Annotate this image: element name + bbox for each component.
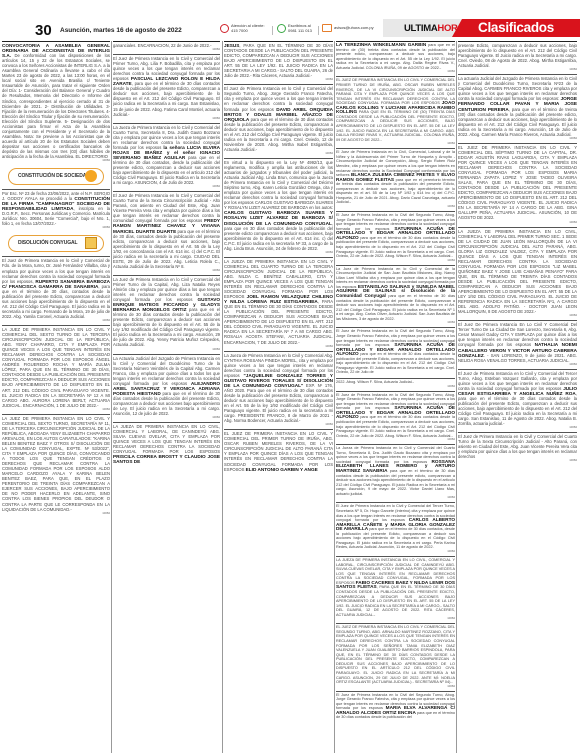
ad-text: El Juez de Primera Instancia en lo Civil… xyxy=(224,431,333,471)
classifieds-column: LA TEREZINHA WINKELMANN GARBIN para que … xyxy=(336,41,455,753)
ad-text: El Juez de Primera Instancia en lo Civil… xyxy=(336,625,455,634)
ad-text: para que en el término de (30) treinta d… xyxy=(336,110,455,141)
classified-ad: La Jueza de Primera Instancia en lo Civi… xyxy=(224,351,333,429)
document-icon xyxy=(85,237,97,249)
divider xyxy=(318,26,319,35)
ad-names: ELID ANTONIO GARBIN Y ANGE xyxy=(246,467,318,472)
ad-text: emplaza por quince veces a los que tenga… xyxy=(2,342,110,408)
ad-text: para que en el término de 30 días, conta… xyxy=(113,229,220,269)
classified-ad: El Juez de Primera Instancia en lo Civil… xyxy=(113,54,220,122)
ad-text: , para que en el término de 30 días cont… xyxy=(458,391,577,426)
ad-text: El Juez de Primera Instancia en lo Civil… xyxy=(458,371,577,391)
ad-text: , PARA QUE EN EL TÉRMINO DE 30 DÍAS CONT… xyxy=(224,43,333,78)
classified-ad: La Jueza de Primera Instancia en lo Civi… xyxy=(336,556,455,622)
classified-ad: La Jueza de Primera Instancia en lo Civi… xyxy=(458,227,577,320)
ad-code: 10082 xyxy=(113,48,220,51)
ad-code: 10082 xyxy=(458,137,577,140)
badge-label: DISOLUCIÓN CONYUGAL xyxy=(18,241,78,246)
classified-ad: CONVOCATORIA A ASAMBLEA GENERAL ORDINARI… xyxy=(2,41,110,164)
classifieds-column: gananciales. ENCARNACION, 22 de Junio de… xyxy=(113,41,220,753)
handshake-icon xyxy=(85,170,97,182)
ad-code: 10082 xyxy=(336,259,455,262)
ad-code: 10082 xyxy=(336,205,455,208)
ad-text: gananciales. ENCARNACION, 22 de Junio de… xyxy=(113,43,211,48)
classifieds-column: presente Edicto, comparezcan a deducir s… xyxy=(458,41,577,753)
classified-ad: presente Edicto, comparezcan a deducir s… xyxy=(458,41,577,73)
classified-ad: El Juez de Primera Instancia en lo Civil… xyxy=(458,369,577,432)
ad-code: 10082 xyxy=(224,78,333,81)
classified-ad: JESUS, PARA QUE EN EL TÉRMINO DE 30 DÍAS… xyxy=(224,41,333,83)
column-divider xyxy=(111,41,112,753)
classified-ad: El Juez De Primera Instancia En Lo Civil… xyxy=(458,320,577,367)
ad-code: 10082 xyxy=(113,416,220,419)
classified-ad: El Juez de Primera Instancia en lo Civil… xyxy=(458,432,577,464)
ad-code: 10082 xyxy=(2,319,110,322)
ad-code: 10082 xyxy=(2,226,110,229)
ad-text: La Jueza de Primera Instancia en lo Civi… xyxy=(224,259,333,299)
classified-ad: Por Esc. Nº 23 de fecha 23/06/2022, ante… xyxy=(2,189,110,231)
section-title: Clasificados xyxy=(478,20,554,35)
classified-ad: El Juez de Primera Instancia en lo Civil… xyxy=(2,256,110,324)
ad-text: Abg. GLORIA LIZ GONZALEZ VALDEZ, cita y … xyxy=(458,244,577,315)
classifieds-column: JESUS, PARA QUE EN EL TÉRMINO DE 30 DÍAS… xyxy=(224,41,333,753)
classified-ad: La Jueza de Primera Instancia en lo Civi… xyxy=(224,257,333,350)
section-badge-constitucion: CONSTITUCIÓN DE SOCIEDAD xyxy=(8,168,104,185)
column-divider xyxy=(222,41,223,753)
email-contact: avisos@uhora.com.py xyxy=(322,24,374,32)
ad-code: 10082 xyxy=(336,385,455,388)
ad-code: 10082 xyxy=(458,363,577,366)
ad-text: , para que en 30 días contados desde la … xyxy=(224,221,333,251)
ad-text: para que en el término de 30 días contad… xyxy=(113,155,220,185)
contact-value: 415 7000 xyxy=(231,28,248,33)
phone-icon xyxy=(220,24,229,33)
ad-code: 10082 xyxy=(2,512,110,515)
ad-text: en los autos caratulados: "KARINA BELEN … xyxy=(2,436,110,512)
ad-code: 10082 xyxy=(224,152,333,155)
ad-code: 10082 xyxy=(2,408,110,411)
classified-ad: El Juez de Primera Instancia en lo Civil… xyxy=(336,327,455,377)
ad-text: 2022. Abog. Wilson F. Silva, Actuaria Ju… xyxy=(336,380,414,384)
ad-text: para que en el término de 30 días contad… xyxy=(336,294,455,321)
classified-ad: El Juez de Primera Instancia en lo Civil… xyxy=(336,148,455,210)
ad-code: 10082 xyxy=(113,348,220,351)
ad-text: presente Edicto, comparezcan a deducir s… xyxy=(458,43,577,68)
ad-code: 10082 xyxy=(458,314,577,317)
ad-text: cita y emplaza por quince veces a los qu… xyxy=(336,630,455,684)
contact-value: 0981 111 013 xyxy=(288,28,312,33)
ad-text: , para que en el término de 30 días cont… xyxy=(336,585,455,616)
classified-ad: El Juez de Primera Instancia en lo Civil… xyxy=(458,143,577,226)
ad-text: , para que en el término de 30 días cont… xyxy=(224,299,333,344)
page-header: 30 Asunción, martes 16 de agosto de 2022… xyxy=(0,0,580,38)
ad-code: 10082 xyxy=(336,321,455,324)
classified-ad: La Juez de Primera Instancia en lo Civil… xyxy=(113,275,220,353)
section-badge-disolucion: DISOLUCIÓN CONYUGAL xyxy=(8,235,104,252)
ad-text: La actuaria Judicial del Juzgado de Prim… xyxy=(458,76,577,101)
classified-ad: El Juez de Primera Instancia en lo Civil… xyxy=(336,76,455,147)
issue-date: Asunción, martes 16 de agosto de 2022 xyxy=(60,27,182,34)
column-divider xyxy=(334,41,335,753)
ad-code: 10082 xyxy=(2,159,110,162)
brand-ultima: ULTIMA xyxy=(404,23,437,34)
ad-text: para que en el término de 30 días contad… xyxy=(113,307,220,347)
ad-code: 10082 xyxy=(336,685,455,688)
ad-text: , para que en el término de treinta (30)… xyxy=(458,107,577,137)
ad-text: La Jueza de Primera Instancia en lo Civi… xyxy=(113,424,220,454)
ad-code: 10082 xyxy=(336,617,455,620)
classified-ad: La Jueza de Primera Instancia en lo Civi… xyxy=(113,422,220,466)
ad-code: 10082 xyxy=(336,496,455,499)
ad-text: para que en el perentorio término de tre… xyxy=(336,178,455,205)
ad-code: 10082 xyxy=(224,423,333,426)
classified-ad: El Juez de Primera Instancia en lo Civil… xyxy=(336,691,455,722)
classified-ad: El Juez de Primera Instancia en lo Civil… xyxy=(224,84,333,157)
ad-text: , para que en el término de 30 días, con… xyxy=(2,284,110,319)
ad-code: 10082 xyxy=(336,142,455,145)
ad-code: 10082 xyxy=(336,70,455,73)
ad-code: 10082 xyxy=(113,117,220,120)
ad-text: EXP. Nº 176, AÑO 2020. Para que en el té… xyxy=(224,383,333,423)
whatsapp-icon xyxy=(277,24,286,33)
classified-ad: La Jueza de Primera Instancia en lo Civi… xyxy=(113,123,220,191)
ad-names: CARLOS GUSTAVO BARBOZA SUARES Y ROSALYN … xyxy=(224,210,333,225)
ad-names: LA TEREZINHA WINKELMANN GARBIN xyxy=(336,42,426,47)
classified-ad: 2022. Abog. Wilson F. Silva, Actuaria Ju… xyxy=(336,378,455,390)
ad-code: 10082 xyxy=(336,550,455,553)
ad-code: 10082 xyxy=(113,269,220,272)
classified-ad: La Actuaria Judicial del Juzgado de Prim… xyxy=(113,354,220,422)
brand-logo: ULTIMAHORA xyxy=(404,23,464,34)
ad-text: En virtud a lo dispuesto en la Ley Nº 49… xyxy=(224,160,333,210)
ad-text: El Juez de Primera Instancia en lo Civil… xyxy=(336,78,455,105)
classified-ad: El Juez de Primera Instancia en lo Civil… xyxy=(336,623,455,689)
page-number: 30 xyxy=(35,22,52,39)
classified-ad: El Juez de Primera Instancia en lo Civil… xyxy=(113,191,220,274)
ad-names: PRISCILA CORREA BROSTT y CLAUDIO JOSE SA… xyxy=(113,454,220,464)
whatsapp-contact: Escribinos al0981 111 013 xyxy=(277,24,312,33)
ad-code: 10082 xyxy=(458,426,577,429)
ad-code: 10082 xyxy=(336,438,455,441)
classified-ad: El Juez de Primera Instancia en lo Civil… xyxy=(336,391,455,444)
classified-ad: En virtud a lo dispuesto en la Ley Nº 49… xyxy=(224,158,333,256)
classifieds-column: CONVOCATORIA A ASAMBLEA GENERAL ORDINARI… xyxy=(2,41,110,753)
ad-code: 10082 xyxy=(224,251,333,254)
column-divider xyxy=(456,41,457,753)
classified-ad: La Jueza de Primera Instancia en lo Civi… xyxy=(336,444,455,501)
ad-text: La Jueza de Primera Instancia en lo Civi… xyxy=(458,229,577,249)
ad-text: cita y emplaza por quince veces a los qu… xyxy=(458,155,577,221)
classified-ad: La Juez de Primera Instancia en lo Civil… xyxy=(2,414,110,517)
classified-ad: La Juez de Primera Instancia en lo Civil… xyxy=(2,325,110,413)
badge-label: CONSTITUCIÓN DE SOCIEDAD xyxy=(18,174,90,179)
classified-ad: LA TEREZINHA WINKELMANN GARBIN para que … xyxy=(336,41,455,75)
brand-hora: HORA xyxy=(437,23,464,34)
ad-text: El Juez de Primera Instancia en lo Civil… xyxy=(458,434,577,459)
ad-code: 10082 xyxy=(113,185,220,188)
classified-ad: La actuaria Judicial del Juzgado de Prim… xyxy=(458,74,577,142)
ad-code: 10082 xyxy=(458,221,577,224)
ad-text: , para que en el término de 30 días cont… xyxy=(113,81,220,116)
classified-ad: gananciales. ENCARNACION, 22 de Junio de… xyxy=(113,41,220,53)
customer-service-contact: Atención al cliente:415 7000 xyxy=(220,24,265,33)
contact-value: avisos@uhora.com.py xyxy=(334,26,374,31)
divider xyxy=(272,26,273,35)
classified-ad: La Juez de Primera Instancia en lo Civil… xyxy=(336,265,455,327)
ad-text: para que en el término de (30) treinta d… xyxy=(336,43,455,70)
email-icon xyxy=(322,24,332,32)
ad-code: 10082 xyxy=(458,68,577,71)
classified-ad: El Juez de Primera Instancia en lo Civil… xyxy=(224,429,333,473)
ad-code: 10082 xyxy=(458,459,577,462)
ad-text: para que en el término de 30 días contad… xyxy=(224,117,333,152)
ad-code: 10082 xyxy=(224,345,333,348)
classified-ad: El Juez de Primera Instancia en lo Civil… xyxy=(336,211,455,264)
ad-text: De conformidad con las disposiciones de … xyxy=(2,53,110,159)
classified-ad: El Juez de Primera Instancia en lo Civil… xyxy=(336,502,455,555)
ad-text: para que en el término de 30 días contad… xyxy=(336,469,455,496)
